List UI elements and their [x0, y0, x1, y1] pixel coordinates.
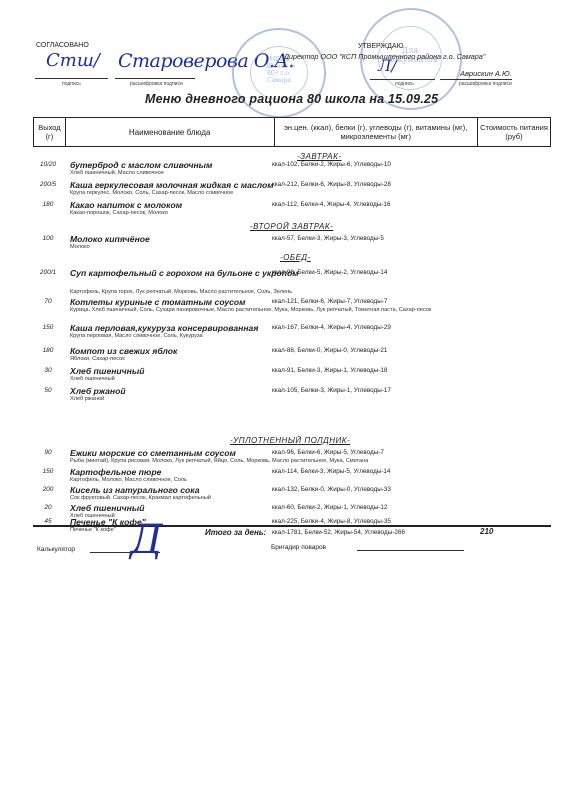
item-nutrition: ккал-96, Белки-6, Жиры-5, Углеводы-7 — [272, 449, 384, 456]
item-nutrition: ккал-105, Белки-3, Жиры-1, Углеводы-17 — [272, 387, 391, 394]
confirmed-signature-caption: подпись — [395, 81, 414, 87]
totals-cost: 210 — [480, 527, 493, 536]
approved-signature: Стш/ — [46, 50, 100, 71]
item-quantity: 90 — [33, 449, 63, 456]
item-quantity: 200/5 — [33, 181, 63, 188]
header-dish-name: Наименование блюда — [65, 118, 274, 147]
item-nutrition: ккал-91, Белки-3, Жиры-1, Углеводы-18 — [272, 367, 387, 374]
item-nutrition: ккал-225, Белки-4, Жиры-8, Углеводы-35 — [272, 518, 391, 525]
item-quantity: 200/1 — [33, 269, 63, 276]
totals-nutrition: ккал-1781, Белки-52, Жиры-54, Углеводы-2… — [272, 529, 405, 536]
item-ingredients: Какао-порошок, Сахар-песок, Молоко — [70, 210, 540, 217]
approved-signature-caption: подпись — [62, 81, 81, 87]
chef-signature-line — [357, 550, 464, 551]
section-title: -ОБЕД- — [280, 253, 311, 262]
item-quantity: 10/20 — [33, 161, 63, 168]
item-name: Молоко кипячёное — [70, 234, 300, 244]
item-nutrition: ккал-88, Белки-0, Жиры-0, Углеводы-21 — [272, 347, 387, 354]
item-name: Какао напиток с молоком — [70, 200, 300, 210]
item-name: Котлеты куриные с томатным соусом — [70, 297, 300, 307]
confirmed-name-line — [440, 79, 512, 80]
item-quantity: 180 — [33, 347, 63, 354]
approved-name-caption: расшифровка подписи — [130, 81, 183, 87]
item-quantity: 100 — [33, 235, 63, 242]
item-nutrition: ккал-102, Белки-2, Жиры-6, Углеводы-10 — [272, 161, 391, 168]
item-quantity: 45 — [33, 518, 63, 525]
approved-name-line — [115, 78, 195, 79]
item-ingredients: Яблоки, Сахар-песок — [70, 356, 540, 363]
section-title: -ЗАВТРАК- — [297, 152, 342, 161]
approved-signature-line — [35, 78, 108, 79]
item-quantity: 50 — [33, 387, 63, 394]
item-nutrition: ккал-114, Белки-3, Жиры-5, Углеводы-14 — [272, 468, 390, 475]
item-ingredients: Картофель, Крупа горох, Лук репчатый, Мо… — [70, 289, 540, 296]
item-nutrition: ккал-121, Белки-6, Жиры-7, Углеводы-7 — [272, 298, 387, 305]
confirmed-signature-line — [370, 79, 435, 80]
item-name: бутерброд с маслом сливочным — [70, 160, 300, 170]
item-name: Кисель из натурального сока — [70, 485, 300, 495]
item-ingredients: Картофель, Молоко, Масло сливочное, Соль — [70, 477, 540, 484]
item-name: Хлеб пшеничный — [70, 366, 300, 376]
confirmed-label: УТВЕРЖДАЮ — [358, 43, 404, 50]
approved-label: СОГЛАСОВАНО — [36, 42, 89, 49]
item-quantity: 150 — [33, 468, 63, 475]
section-title: -УПЛОТНЕННЫЙ ПОЛДНИК- — [230, 436, 350, 445]
item-nutrition: ккал-132, Белки-0, Жиры-0, Углеводы-33 — [272, 486, 391, 493]
item-name: Ежики морские со сметанным соусом — [70, 448, 300, 458]
item-nutrition: ккал-60, Белки-2, Жиры-1, Углеводы-12 — [272, 504, 387, 511]
page-title: Меню дневного рациона 80 школа на 15.09.… — [145, 92, 438, 106]
item-ingredients: Молоко — [70, 244, 540, 251]
header-output: Выход (г) — [34, 118, 66, 147]
item-ingredients: Крупа геркулес, Молоко, Соль, Сахар-песо… — [70, 190, 540, 197]
item-nutrition: ккал-98, Белки-5, Жиры-2, Углеводы-14 — [272, 269, 387, 276]
item-nutrition: ккал-112, Белки-4, Жиры-4, Углеводы-16 — [272, 201, 390, 208]
item-name: Картофельное пюре — [70, 467, 300, 477]
item-name: Компот из свежих яблок — [70, 346, 300, 356]
menu-table-header: Выход (г) Наименование блюда эн.цен. (кк… — [33, 117, 551, 147]
item-ingredients: Хлеб ржаной — [70, 396, 540, 403]
calculator-signature: Д — [130, 520, 163, 560]
item-nutrition: ккал-212, Белки-6, Жиры-8, Углеводы-28 — [272, 181, 391, 188]
item-nutrition: ккал-167, Белки-4, Жиры-4, Углеводы-29 — [272, 324, 391, 331]
item-quantity: 20 — [33, 504, 63, 511]
item-ingredients: Сок фруктовый, Сахар-песок, Крахмал карт… — [70, 495, 540, 502]
item-quantity: 150 — [33, 324, 63, 331]
item-name: Каша перловая,кукуруза консервированная — [70, 323, 300, 333]
item-name: Хлеб пшеничный — [70, 503, 300, 513]
section-title: -ВТОРОЙ ЗАВТРАК- — [250, 222, 333, 231]
item-quantity: 30 — [33, 367, 63, 374]
item-name: Каша геркулесовая молочная жидкая с масл… — [70, 180, 300, 190]
item-nutrition: ккал-57, Белки-3, Жиры-3, Углеводы-5 — [272, 235, 384, 242]
item-ingredients: Крупа перловая, Масло сливочное, Соль, К… — [70, 333, 540, 340]
item-quantity: 70 — [33, 298, 63, 305]
confirmed-signature: Л/ — [378, 56, 397, 75]
item-ingredients: Курица, Хлеб пшеничный, Соль, Сухари пан… — [70, 307, 465, 314]
item-ingredients: Хлеб пшеничный, Масло сливочное — [70, 170, 540, 177]
item-quantity: 180 — [33, 201, 63, 208]
totals-rule — [33, 525, 551, 527]
totals-label: Итого за день: — [205, 528, 266, 537]
item-name: Хлеб ржаной — [70, 386, 300, 396]
header-nutrition: эн.цен. (ккал), белки (г), углеводы (г),… — [274, 118, 478, 147]
item-ingredients: Рыба (минтай), Крупа рисовая, Молоко, Лу… — [70, 458, 540, 465]
confirmed-name-caption: расшифровка подписи — [459, 81, 512, 87]
chef-label: Бригадир поваров — [271, 544, 326, 551]
item-ingredients: Хлеб пшеничный — [70, 376, 540, 383]
header-cost: Стоимость питания (руб) — [478, 118, 551, 147]
calculator-label: Калькулятор — [37, 546, 75, 553]
confirmed-name: Аврискин А.Ю. — [460, 69, 512, 78]
item-quantity: 200 — [33, 486, 63, 493]
item-name: Суп картофельный с горохом на бульоне с … — [70, 268, 300, 278]
